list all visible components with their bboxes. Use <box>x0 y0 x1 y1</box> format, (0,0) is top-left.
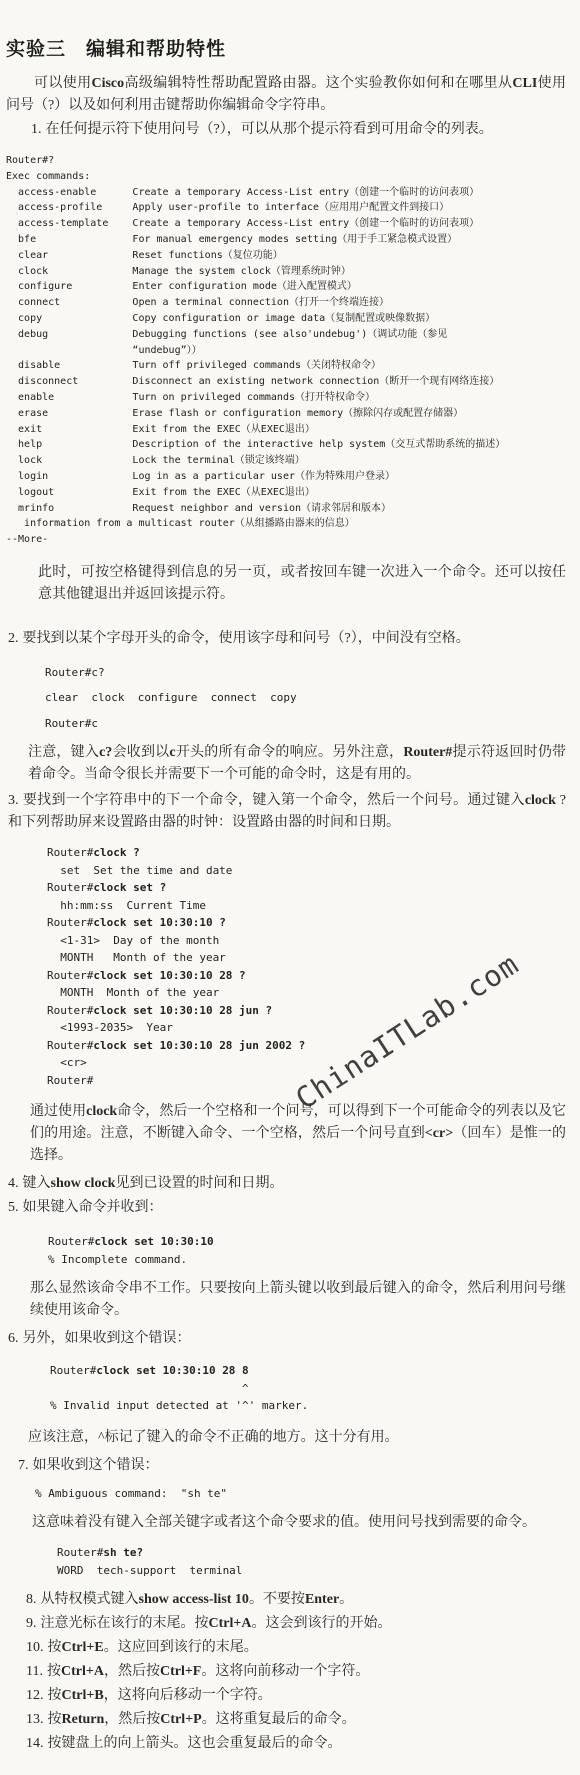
code-line: <1-31> Day of the month <box>47 932 570 950</box>
list-item: 11.按Ctrl+A，然后按Ctrl+F。这将向前移动一个字符。 <box>26 1661 566 1683</box>
text: 要找到一个字符串中的下一个命令，键入第一个命令，然后一个问号。通过键入 <box>23 793 525 808</box>
text: ，然后按 <box>104 1712 160 1727</box>
code-line: information from a multicast router（从组播路… <box>6 516 570 532</box>
text: 通过使用 <box>30 1104 86 1119</box>
page-title: 实验三 编辑和帮助特性 <box>6 34 570 61</box>
bold-text: Ctrl+F <box>160 1664 201 1679</box>
item-number: 1. <box>31 122 46 137</box>
code-line: Router#clock set 10:30:10 ? <box>47 914 570 932</box>
text: 按 <box>47 1664 61 1679</box>
text: 见到已设置的时间和日期。 <box>115 1176 283 1191</box>
code-line: ^ <box>50 1380 570 1398</box>
text: mrinfo Request neighbor and version（请求邻居… <box>6 503 391 514</box>
item-number: 3. <box>8 793 23 808</box>
code-block: Router#clock set 10:30:10% Incomplete co… <box>48 1233 570 1268</box>
text: lock Lock the terminal（锁定该终端） <box>6 455 305 466</box>
text: 。这将向前移动一个字符。 <box>201 1664 369 1679</box>
item-number: 5. <box>8 1200 23 1215</box>
text: access-profile Apply user-profile to int… <box>6 202 449 213</box>
text: enable Turn on privileged commands（打开特权命… <box>6 392 375 403</box>
code-line: % Invalid input detected at '^' marker. <box>50 1397 570 1415</box>
bold-text: clock set 10:30:10 28 8 <box>96 1364 248 1377</box>
code-line: clear clock configure connect copy <box>45 689 570 707</box>
code-line: % Ambiguous command: "sh te" <box>35 1485 570 1503</box>
text: clock Manage the system clock（管理系统时钟） <box>6 266 351 277</box>
text: connect Open a terminal connection（打开一个终… <box>6 297 389 308</box>
bold-text: <cr> <box>425 1126 453 1141</box>
text: 在任何提示符下使用问号（?），可以从那个提示符看到可用命令的列表。 <box>46 122 493 137</box>
page: 实验三 编辑和帮助特性 可以使用Cisco高级编辑特性帮助配置路由器。这个实验教… <box>0 0 580 1775</box>
paragraph: 这意味着没有键入全部关键字或者这个命令要求的值。使用问号找到需要的命令。 <box>32 1512 566 1534</box>
bold-text: clock set 10:30:10 28 jun ? <box>93 1004 272 1017</box>
text: 按键盘上的向上箭头。这也会重复最后的命令。 <box>48 1736 342 1751</box>
code-line: login Log in as a particular user（作为特殊用户… <box>6 469 570 485</box>
text: Router#c <box>45 717 98 730</box>
text: “undebug”）） <box>6 345 202 356</box>
list-item: 2.要找到以某个字母开头的命令，使用该字母和问号（?），中间没有空格。 <box>8 628 566 650</box>
code-line: Router#clock set ? <box>47 879 570 897</box>
list-item: 13.按Return，然后按Ctrl+P。这将重复最后的命令。 <box>26 1709 566 1731</box>
code-line: access-template Create a temporary Acces… <box>6 216 570 232</box>
bold-text: Ctrl+A <box>209 1616 252 1631</box>
text: login Log in as a particular user（作为特殊用户… <box>6 471 395 482</box>
text: bfe For manual emergency modes setting（用… <box>6 234 457 245</box>
code-line: MONTH Month of the year <box>47 949 570 967</box>
code-line: enable Turn on privileged commands（打开特权命… <box>6 390 570 406</box>
bold-text: Ctrl+A <box>61 1664 104 1679</box>
code-line: clear Reset functions（复位功能） <box>6 248 570 264</box>
text: --More- <box>6 534 48 545</box>
paragraph: 此时，可按空格键得到信息的另一页，或者按回车键一次进入一个命令。还可以按任意其他… <box>38 562 566 606</box>
text: disable Turn off privileged commands（关闭特… <box>6 360 381 371</box>
text: 。这会到该行的开始。 <box>251 1616 391 1631</box>
code-line: Exec commands: <box>6 169 570 185</box>
code-block: Router#c?clear clock configure connect c… <box>45 664 570 733</box>
code-line: WORD tech-support terminal <box>57 1562 570 1580</box>
text: <cr> <box>47 1056 87 1069</box>
code-line: mrinfo Request neighbor and version（请求邻居… <box>6 501 570 517</box>
list-item: 4.键入show clock见到已设置的时间和日期。 <box>8 1173 566 1195</box>
text: hh:mm:ss Current Time <box>47 899 206 912</box>
text: ^ <box>50 1382 249 1395</box>
code-line: <1993-2035> Year <box>47 1019 570 1037</box>
text: Router# <box>48 1235 94 1248</box>
text: 按 <box>48 1712 62 1727</box>
code-line: copy Copy configuration or image data（复制… <box>6 311 570 327</box>
code-line: exit Exit from the EXEC（从EXEC退出） <box>6 422 570 438</box>
text: clear clock configure connect copy <box>45 691 297 704</box>
code-line: Router#sh te? <box>57 1544 570 1562</box>
code-line: Router# <box>47 1072 570 1090</box>
bold-text: Ctrl+P <box>160 1712 201 1727</box>
text: logout Exit from the EXEC（从EXEC退出） <box>6 487 315 498</box>
code-line: MONTH Month of the year <box>47 984 570 1002</box>
text: Router# <box>47 969 93 982</box>
text: Router#c? <box>45 666 105 679</box>
text: copy Copy configuration or image data（复制… <box>6 313 435 324</box>
text: 从特权模式键入 <box>41 1592 139 1607</box>
text: Router# <box>47 1004 93 1017</box>
list-item: 14.按键盘上的向上箭头。这也会重复最后的命令。 <box>26 1733 566 1755</box>
text: configure Enter configuration mode（进入配置模… <box>6 281 357 292</box>
text: set Set the time and date <box>47 864 232 877</box>
text: disconnect Disconnect an existing networ… <box>6 376 499 387</box>
text: Router# <box>57 1546 103 1559</box>
code-line: Router#? <box>6 153 570 169</box>
code-line: access-enable Create a temporary Access-… <box>6 185 570 201</box>
text: MONTH Month of the year <box>47 951 226 964</box>
text: Router# <box>47 1039 93 1052</box>
text: <1-31> Day of the month <box>47 934 219 947</box>
bold-text: clock set 10:30:10 <box>94 1235 213 1248</box>
bold-text: Cisco <box>91 76 124 91</box>
paragraph: 通过使用clock命令，然后一个空格和一个问号，可以得到下一个可能命令的列表以及… <box>30 1101 566 1167</box>
bold-text: clock set 10:30:10 28 jun 2002 ? <box>93 1039 305 1052</box>
bold-text: clock set 10:30:10 ? <box>93 916 225 929</box>
text: 高级编辑特性帮助配置路由器。这个实验教你如何和在哪里从 <box>124 76 512 91</box>
list-item: 6.另外，如果收到这个错误： <box>8 1328 566 1350</box>
code-line: Router#clock set 10:30:10 28 jun ? <box>47 1002 570 1020</box>
item-number: 10. <box>26 1640 48 1655</box>
code-line: disable Turn off privileged commands（关闭特… <box>6 358 570 374</box>
code-line: debug Debugging functions (see also'unde… <box>6 327 570 343</box>
text: Exec commands: <box>6 171 90 182</box>
text: 如果收到这个错误： <box>33 1458 159 1473</box>
text: % Incomplete command. <box>48 1253 187 1266</box>
bold-text: CLI <box>512 76 537 91</box>
item-number: 12. <box>26 1688 48 1703</box>
code-line: “undebug”）） <box>6 343 570 359</box>
code-line: access-profile Apply user-profile to int… <box>6 200 570 216</box>
bold-text: c? <box>99 745 112 760</box>
bold-text: Router# <box>403 745 452 760</box>
item-number: 9. <box>26 1616 41 1631</box>
code-line: Router#clock ? <box>47 844 570 862</box>
document-body: 可以使用Cisco高级编辑特性帮助配置路由器。这个实验教你如何和在哪里从CLI使… <box>6 73 570 1755</box>
text: 。 <box>339 1592 353 1607</box>
code-block: Router#?Exec commands: access-enable Cre… <box>6 153 570 548</box>
bold-text: sh te? <box>103 1546 143 1559</box>
code-line: configure Enter configuration mode（进入配置模… <box>6 279 570 295</box>
list-item: 12.按Ctrl+B，这将向后移动一个字符。 <box>26 1685 566 1707</box>
code-line: logout Exit from the EXEC（从EXEC退出） <box>6 485 570 501</box>
text: ，这将向后移动一个字符。 <box>104 1688 272 1703</box>
item-number: 6. <box>8 1331 23 1346</box>
list-item: 8.从特权模式键入show access-list 10。不要按Enter。 <box>26 1589 566 1611</box>
code-line: erase Erase flash or configuration memor… <box>6 406 570 422</box>
paragraph: 应该注意，^标记了键入的命令不正确的地方。这十分有用。 <box>28 1427 566 1449</box>
code-line: <cr> <box>47 1054 570 1072</box>
paragraph: 那么显然该命令串不工作。只要按向上箭头键以收到最后键入的命令，然后利用问号继续使… <box>30 1278 566 1322</box>
text: % Ambiguous command: "sh te" <box>35 1487 227 1500</box>
text: 键入 <box>23 1176 51 1191</box>
bold-text: Return <box>62 1712 105 1727</box>
code-line: disconnect Disconnect an existing networ… <box>6 374 570 390</box>
code-line: connect Open a terminal connection（打开一个终… <box>6 295 570 311</box>
list-item: 7.如果收到这个错误： <box>18 1455 566 1477</box>
code-line: Router#c? <box>45 664 570 682</box>
bold-text: clock <box>86 1104 117 1119</box>
bold-text: show access-list 10 <box>139 1592 249 1607</box>
item-number: 2. <box>8 631 23 646</box>
code-line: Router#clock set 10:30:10 28 8 <box>50 1362 570 1380</box>
bold-text: Enter <box>305 1592 339 1607</box>
code-line: % Incomplete command. <box>48 1251 570 1269</box>
bold-text: clock <box>525 793 556 808</box>
list-item: 10.按Ctrl+E。这应回到该行的末尾。 <box>26 1637 566 1659</box>
text: 注意，键入 <box>28 745 99 760</box>
list-item: 5.如果键入命令并收到： <box>8 1197 566 1219</box>
text: MONTH Month of the year <box>47 986 219 999</box>
bold-text: Ctrl+E <box>62 1640 104 1655</box>
text: access-enable Create a temporary Access-… <box>6 187 479 198</box>
text: <1993-2035> Year <box>47 1021 173 1034</box>
code-line: hh:mm:ss Current Time <box>47 897 570 915</box>
text: 。这应回到该行的末尾。 <box>104 1640 258 1655</box>
text: 开头的所有命令的响应。另外注意， <box>176 745 404 760</box>
bold-text: show clock <box>51 1176 116 1191</box>
text: Router# <box>47 881 93 894</box>
paragraph: 注意，键入c?会收到以c开头的所有命令的响应。另外注意，Router#提示符返回… <box>28 742 566 786</box>
text: help Description of the interactive help… <box>6 439 505 450</box>
item-number: 4. <box>8 1176 23 1191</box>
text: WORD tech-support terminal <box>57 1564 242 1577</box>
text: % Invalid input detected at '^' marker. <box>50 1399 308 1412</box>
text: 那么显然该命令串不工作。只要按向上箭头键以收到最后键入的命令，然后利用问号继续使… <box>30 1281 566 1318</box>
code-line: help Description of the interactive help… <box>6 437 570 453</box>
text: 可以使用 <box>34 76 91 91</box>
bold-text: clock set ? <box>93 881 166 894</box>
text: debug Debugging functions (see also'unde… <box>6 329 447 340</box>
item-number: 7. <box>18 1458 33 1473</box>
code-line: Router#clock set 10:30:10 28 ? <box>47 967 570 985</box>
text: ，然后按 <box>104 1664 160 1679</box>
text: access-template Create a temporary Acces… <box>6 218 479 229</box>
bold-text: Ctrl+B <box>62 1688 104 1703</box>
code-line: clock Manage the system clock（管理系统时钟） <box>6 264 570 280</box>
text: 要找到以某个字母开头的命令，使用该字母和问号（?），中间没有空格。 <box>23 631 470 646</box>
text: 如果键入命令并收到： <box>23 1200 163 1215</box>
code-line <box>45 707 570 715</box>
code-line <box>45 681 570 689</box>
text: clear Reset functions（复位功能） <box>6 250 283 261</box>
text: 此时，可按空格键得到信息的另一页，或者按回车键一次进入一个命令。还可以按任意其他… <box>38 565 566 602</box>
code-block: Router#sh te?WORD tech-support terminal <box>57 1544 570 1579</box>
code-line: --More- <box>6 532 570 548</box>
text: 另外，如果收到这个错误： <box>23 1331 191 1346</box>
bold-text: clock set 10:30:10 28 ? <box>93 969 245 982</box>
item-number: 14. <box>26 1736 48 1751</box>
item-number: 11. <box>26 1664 47 1679</box>
code-line: Router#clock set 10:30:10 <box>48 1233 570 1251</box>
code-line: set Set the time and date <box>47 862 570 880</box>
text: erase Erase flash or configuration memor… <box>6 408 463 419</box>
list-item: 1.在任何提示符下使用问号（?），可以从那个提示符看到可用命令的列表。 <box>31 119 566 141</box>
text: Router# <box>47 1074 93 1087</box>
code-block: Router#clock set 10:30:10 28 8 ^% Invali… <box>50 1362 570 1415</box>
text: 按 <box>48 1688 62 1703</box>
bold-text: clock ? <box>93 846 139 859</box>
code-block: Router#clock ? set Set the time and date… <box>47 844 570 1089</box>
code-block: % Ambiguous command: "sh te" <box>35 1485 570 1503</box>
code-line: Router#c <box>45 715 570 733</box>
text: Router# <box>47 846 93 859</box>
text: Router# <box>50 1364 96 1377</box>
intro-paragraph: 可以使用Cisco高级编辑特性帮助配置路由器。这个实验教你如何和在哪里从CLI使… <box>6 73 566 117</box>
item-number: 8. <box>26 1592 41 1607</box>
text: 。这将重复最后的命令。 <box>202 1712 356 1727</box>
text: Router# <box>47 916 93 929</box>
code-line: lock Lock the terminal（锁定该终端） <box>6 453 570 469</box>
text: information from a multicast router（从组播路… <box>6 518 355 529</box>
item-number: 13. <box>26 1712 48 1727</box>
text: 注意光标在该行的末尾。按 <box>41 1616 209 1631</box>
code-line: Router#clock set 10:30:10 28 jun 2002 ? <box>47 1037 570 1055</box>
text: Router#? <box>6 155 54 166</box>
text: 会收到以 <box>112 745 169 760</box>
text: exit Exit from the EXEC（从EXEC退出） <box>6 424 315 435</box>
text: 应该注意，^标记了键入的命令不正确的地方。这十分有用。 <box>28 1430 399 1445</box>
text: 按 <box>48 1640 62 1655</box>
list-item: 9.注意光标在该行的末尾。按Ctrl+A。这会到该行的开始。 <box>26 1613 566 1635</box>
list-item: 3.要找到一个字符串中的下一个命令，键入第一个命令，然后一个问号。通过键入clo… <box>8 790 566 834</box>
text: 。不要按 <box>249 1592 305 1607</box>
text: 这意味着没有键入全部关键字或者这个命令要求的值。使用问号找到需要的命令。 <box>32 1515 536 1530</box>
code-line: bfe For manual emergency modes setting（用… <box>6 232 570 248</box>
